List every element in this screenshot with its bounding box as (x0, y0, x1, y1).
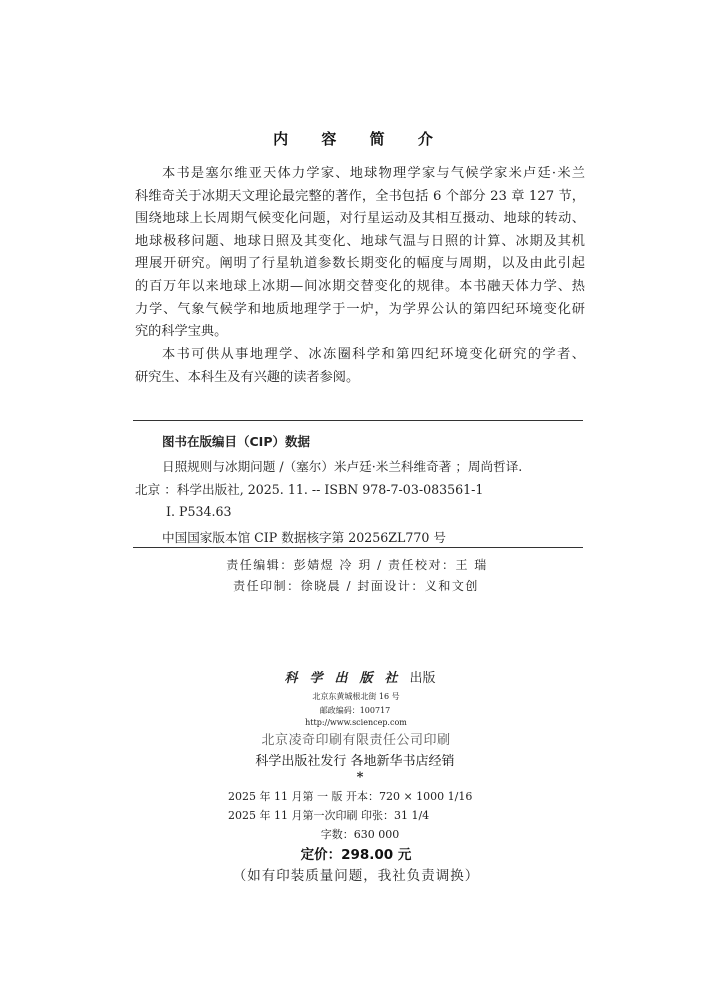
text-line: 本书可供从事地理学、冰冻圈科学和第四纪环境变化研究的学者、 (135, 344, 585, 367)
edition-line: 2025 年 11 月第 一 版 开本：720 × 1000 1/16 (228, 788, 472, 804)
text-line: 科维奇关于冰期天文理论最完整的著作，全书包括 6 个部分 23 章 127 节， (135, 186, 585, 209)
quality-notice: （如有印装质量问题，我社负责调换） (0, 864, 716, 884)
cip-classification: Ⅰ. P534.63 (166, 504, 616, 519)
text-line: 的百万年以来地球上冰期—间冰期交替变化的规律。本书融天体力学、热 (135, 276, 585, 299)
production-credits: 责任印制：徐晓晨 / 封面设计：义和文创 (0, 577, 716, 594)
cip-approval-number: 中国国家版本馆 CIP 数据核字第 20256ZL770 号 (162, 527, 612, 546)
separator-asterisk: * (0, 770, 720, 785)
summary-paragraph-1: 本书是塞尔维亚天体力学家、地球物理学家与气候学家米卢廷·米兰 科维奇关于冰期天文… (135, 163, 585, 344)
printing-line: 2025 年 11 月第一次印刷 印张：31 1/4 (228, 807, 429, 823)
text-line: 力学、气象气候学和地质地理学于一炉，为学界公认的第四纪环境变化研 (135, 299, 585, 322)
distribution-line: 科学出版社发行 各地新华书店经销 (0, 750, 715, 769)
cip-bottom-divider (133, 547, 583, 548)
cip-heading: 图书在版编目（CIP）数据 (162, 432, 612, 450)
printer-line: 北京凌奇印刷有限责任公司印刷 (0, 729, 716, 748)
cip-record-line-1: 日照规则与冰期问题 /（塞尔）米卢廷·米兰科维奇著 ；周尚哲译. (162, 456, 612, 475)
text-line: 围绕地球上长周期气候变化问题，对行星运动及其相互摄动、地球的转动、 (135, 208, 585, 231)
page-title: 内 容 简 介 (0, 128, 720, 149)
summary-paragraph-2: 本书可供从事地理学、冰冻圈科学和第四纪环境变化研究的学者、 研究生、本科生及有兴… (135, 344, 585, 389)
publisher-line: 科学出版社出版 (0, 667, 720, 686)
text-line: 理展开研究。阐明了行星轨道参数长期变化的幅度与周期，以及由此引起 (135, 253, 585, 276)
publisher-suffix: 出版 (410, 671, 436, 686)
cip-top-divider (133, 420, 583, 421)
publisher-postcode: 邮政编码：100717 (0, 705, 715, 716)
publisher-logo-name: 科学出版社 (284, 671, 409, 686)
publisher-address: 北京东黄城根北街 16 号 (0, 691, 716, 702)
text-line: 地球极移问题、地球日照及其变化、地球气温与日照的计算、冰期及其机 (135, 231, 585, 254)
price: 定价：298.00 元 (0, 843, 716, 863)
cip-record-line-2: 北京 ：科学出版社, 2025. 11. -- ISBN 978-7-03-08… (135, 479, 585, 498)
text-line: 研究生、本科生及有兴趣的读者参阅。 (135, 367, 585, 390)
editor-credits: 责任编辑：彭婧煜 冷 玥 / 责任校对：王 瑞 (0, 556, 717, 573)
text-line: 究的科学宝典。 (135, 321, 585, 344)
word-count: 字数：630 000 (0, 826, 720, 842)
publisher-website: http://www.sciencep.com (0, 718, 716, 727)
text-line: 本书是塞尔维亚天体力学家、地球物理学家与气候学家米卢廷·米兰 (135, 163, 585, 186)
